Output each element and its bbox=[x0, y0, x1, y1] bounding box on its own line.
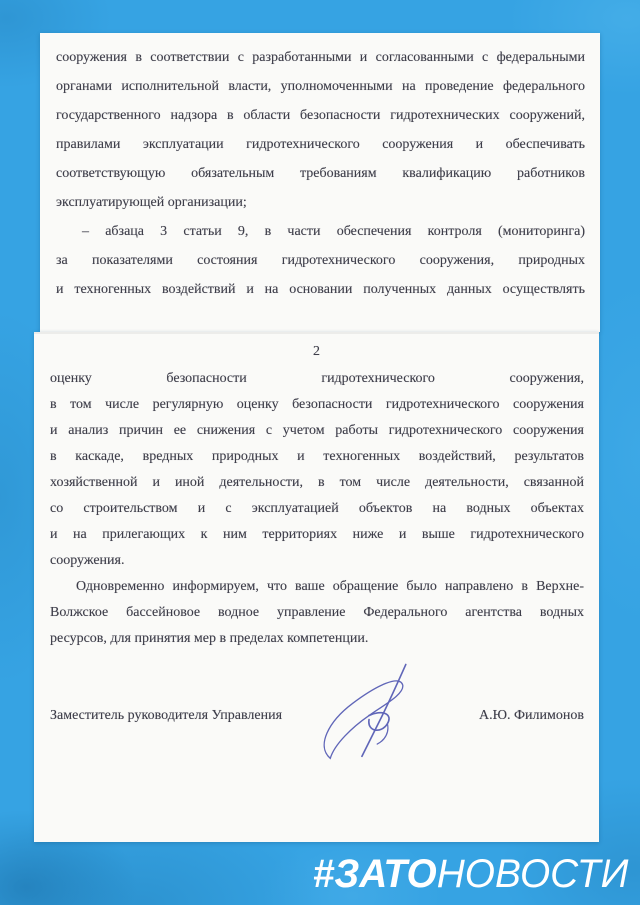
page-2-text: оценку безопасности гидротехнического со… bbox=[50, 366, 584, 652]
document-line: соответствующую обязательным требованиям… bbox=[56, 159, 585, 188]
watermark-zatonovosti: #ЗАТОНОВОСТИ bbox=[312, 851, 628, 897]
document-line: Одновременно информируем, что ваше обращ… bbox=[50, 574, 584, 600]
page-number: 2 bbox=[34, 344, 599, 364]
document-line: эксплуатирующей организации; bbox=[56, 188, 585, 217]
watermark-bold-part: #ЗАТО bbox=[312, 852, 436, 896]
document-page-2: 2 оценку безопасности гидротехнического … bbox=[34, 332, 599, 842]
document-line: сооружения в соответствии с разработанны… bbox=[56, 43, 585, 72]
document-line: Волжское бассейновое водное управление Ф… bbox=[50, 600, 584, 626]
signer-position-title: Заместитель руководителя Управления bbox=[50, 708, 282, 724]
document-line: сооружения. bbox=[50, 548, 584, 574]
document-line: и на прилегающих к ним территориях ниже … bbox=[50, 522, 584, 548]
document-line: оценку безопасности гидротехнического со… bbox=[50, 366, 584, 392]
document-line: правилами эксплуатации гидротехнического… bbox=[56, 130, 585, 159]
signer-name: А.Ю. Филимонов bbox=[479, 708, 584, 724]
document-line: и анализ причин ее снижения с учетом раб… bbox=[50, 418, 584, 444]
document-line: государственного надзора в области безоп… bbox=[56, 101, 585, 130]
social-post-image: сооружения в соответствии с разработанны… bbox=[0, 0, 640, 905]
document-page-1: сооружения в соответствии с разработанны… bbox=[40, 33, 600, 332]
page-1-text: сооружения в соответствии с разработанны… bbox=[56, 43, 585, 304]
document-line: органами исполнительной власти, уполномо… bbox=[56, 72, 585, 101]
document-line: и техногенных воздействий и на основании… bbox=[56, 275, 585, 304]
document-line: в каскаде, вредных природных и техногенн… bbox=[50, 444, 584, 470]
document-line: в том числе регулярную оценку безопаснос… bbox=[50, 392, 584, 418]
watermark-light-part: НОВОСТИ bbox=[436, 852, 628, 896]
signature-block: Заместитель руководителя Управления А.Ю.… bbox=[50, 708, 584, 734]
document-line: ресурсов, для принятия мер в пределах ко… bbox=[50, 626, 584, 652]
document-line: со строительством и с эксплуатацией объе… bbox=[50, 496, 584, 522]
document-line: за показателями состояния гидротехническ… bbox=[56, 246, 585, 275]
document-line: хозяйственной и иной деятельности, в том… bbox=[50, 470, 584, 496]
document-line: – абзаца 3 статьи 9, в части обеспечения… bbox=[56, 217, 585, 246]
